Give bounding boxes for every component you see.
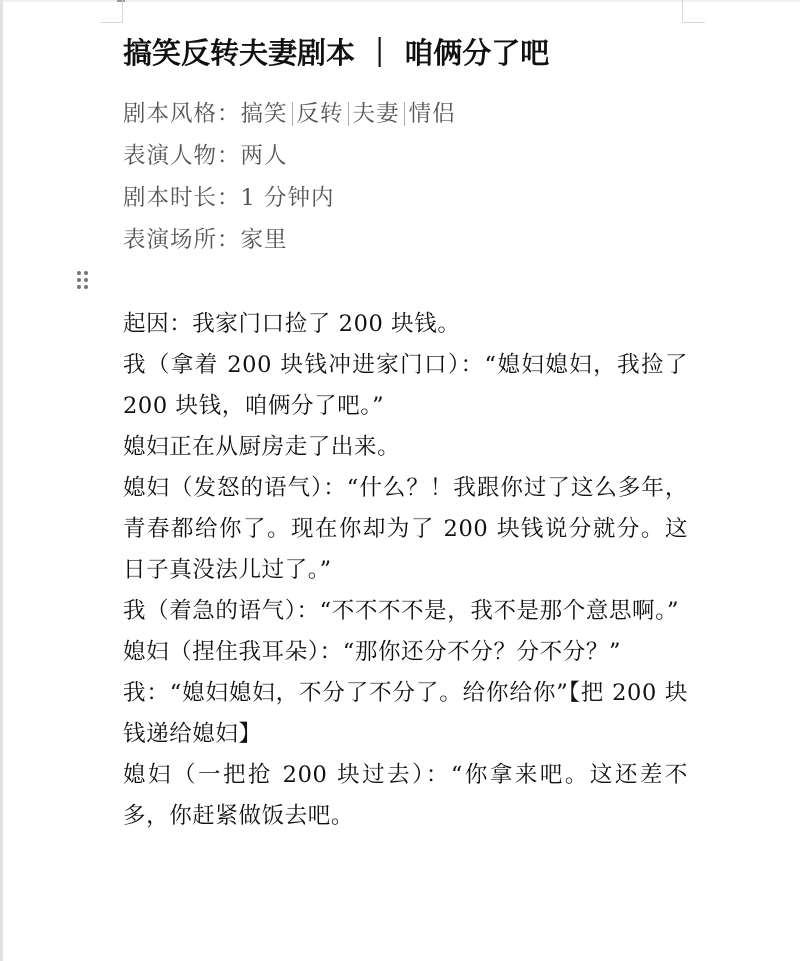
tag-twist: 反转 — [297, 101, 344, 127]
meta-cast-label: 表演人物： — [123, 143, 241, 169]
tag-separator — [292, 102, 293, 126]
paragraph-dialogue: 我（着急的语气）：“不不不不是，我不是那个意思啊。” — [123, 591, 688, 632]
page-left-edge — [0, 0, 3, 961]
document-title: 搞笑反转夫妻剧本 ｜ 咱俩分了吧 — [123, 33, 549, 73]
paragraph-dialogue: 我：“媳妇媳妇，不分了不分了。给你给你”【把 200 块钱递给媳妇】 — [123, 673, 688, 755]
tag-separator — [348, 102, 349, 126]
meta-venue-label: 表演场所： — [123, 227, 241, 253]
margin-corner-top-left — [100, 0, 123, 23]
meta-cast: 表演人物：两人 — [123, 135, 456, 177]
tag-funny: 搞笑 — [241, 101, 288, 127]
drag-dot — [77, 278, 81, 282]
drag-dot — [77, 285, 81, 289]
meta-venue-value: 家里 — [241, 227, 288, 253]
drag-dot — [77, 271, 81, 275]
paragraph-dialogue: 媳妇（发怒的语气）：“什么？！我跟你过了这么多年，青春都给你了。现在你却为了 2… — [123, 468, 688, 591]
drag-dot — [84, 278, 88, 282]
drag-dot — [84, 271, 88, 275]
paragraph-dialogue: 媳妇（捏住我耳朵）：“那你还分不分？分不分？” — [123, 632, 688, 673]
meta-duration-value: 1 分钟内 — [241, 185, 335, 211]
meta-venue: 表演场所：家里 — [123, 219, 456, 261]
tag-lovers: 情侣 — [409, 101, 456, 127]
meta-cast-value: 两人 — [241, 143, 288, 169]
meta-style: 剧本风格：搞笑反转夫妻情侣 — [123, 93, 456, 135]
script-meta: 剧本风格：搞笑反转夫妻情侣 表演人物：两人 剧本时长：1 分钟内 表演场所：家里 — [123, 93, 456, 261]
script-body[interactable]: 起因：我家门口捡了 200 块钱。 我（拿着 200 块钱冲进家门口）：“媳妇媳… — [123, 304, 688, 837]
margin-corner-top-right — [682, 0, 705, 23]
meta-style-label: 剧本风格： — [123, 101, 241, 127]
tag-couple: 夫妻 — [353, 101, 400, 127]
paragraph-dialogue: 媳妇（一把抢 200 块过去）：“你拿来吧。这还差不多，你赶紧做饭去吧。 — [123, 755, 688, 837]
drag-handle-icon[interactable] — [77, 271, 91, 289]
paragraph-dialogue: 我（拿着 200 块钱冲进家门口）：“媳妇媳妇，我捡了 200 块钱，咱俩分了吧… — [123, 345, 688, 427]
paragraph-action: 媳妇正在从厨房走了出来。 — [123, 427, 688, 468]
meta-duration-label: 剧本时长： — [123, 185, 241, 211]
meta-duration: 剧本时长：1 分钟内 — [123, 177, 456, 219]
paragraph-cause: 起因：我家门口捡了 200 块钱。 — [123, 304, 688, 345]
tag-separator — [404, 102, 405, 126]
drag-dot — [84, 285, 88, 289]
